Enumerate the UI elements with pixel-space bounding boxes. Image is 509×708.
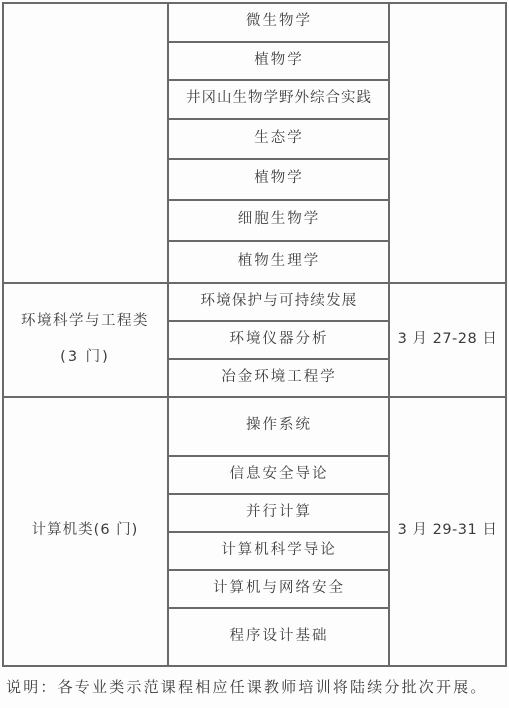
course-name: 环境仪器分析 bbox=[230, 331, 329, 348]
category-name: 环境科学与工程类 bbox=[21, 313, 149, 330]
course-cell: 井冈山生物学野外综合实践 bbox=[169, 80, 389, 118]
table-bottom-border bbox=[2, 665, 507, 667]
course-cell: 程序设计基础 bbox=[169, 608, 389, 665]
training-dates: 3 月 29-31 日 bbox=[398, 522, 498, 539]
course-cell: 微生物学 bbox=[169, 3, 389, 41]
course-cell: 操作系统 bbox=[169, 397, 389, 455]
course-cell: 植物学 bbox=[169, 159, 389, 199]
category-cell: 计算机类(6 门) bbox=[3, 397, 167, 665]
course-name: 冶金环境工程学 bbox=[221, 369, 337, 386]
course-name: 细胞生物学 bbox=[238, 211, 321, 228]
course-name: 生态学 bbox=[254, 130, 304, 147]
course-cell: 冶金环境工程学 bbox=[169, 359, 389, 396]
course-name: 操作系统 bbox=[246, 417, 312, 434]
course-name: 植物生理学 bbox=[238, 253, 321, 270]
training-dates: 3 月 27-28 日 bbox=[398, 331, 498, 348]
course-name: 计算机与网络安全 bbox=[213, 580, 345, 597]
course-cell: 计算机科学导论 bbox=[169, 532, 389, 569]
course-name: 环境保护与可持续发展 bbox=[201, 293, 358, 310]
course-cell: 环境保护与可持续发展 bbox=[169, 283, 389, 320]
document-page: 微生物学 植物学 井冈山生物学野外综合实践 生态学 植物学 细胞生物学 植物生理… bbox=[0, 0, 509, 708]
table-right-border bbox=[505, 2, 507, 666]
course-cell: 植物生理学 bbox=[169, 241, 389, 282]
date-cell: 3 月 29-31 日 bbox=[390, 397, 505, 665]
course-name: 信息安全导论 bbox=[230, 466, 329, 483]
course-cell: 植物学 bbox=[169, 42, 389, 80]
course-name: 计算机科学导论 bbox=[221, 542, 337, 559]
course-cell: 环境仪器分析 bbox=[169, 321, 389, 358]
category-name: 计算机类(6 门) bbox=[32, 522, 139, 539]
course-cell: 计算机与网络安全 bbox=[169, 570, 389, 607]
course-name: 植物学 bbox=[254, 52, 304, 69]
footnote: 说明：各专业类示范课程相应任课教师培训将陆续分批次开展。 bbox=[6, 676, 488, 697]
course-cell: 信息安全导论 bbox=[169, 456, 389, 493]
course-name: 并行计算 bbox=[246, 504, 312, 521]
course-name: 微生物学 bbox=[246, 13, 312, 30]
course-cell: 并行计算 bbox=[169, 494, 389, 531]
category-cell: 环境科学与工程类 (3 门) bbox=[3, 283, 167, 396]
date-cell: 3 月 27-28 日 bbox=[390, 283, 505, 396]
course-name: 植物学 bbox=[254, 170, 304, 187]
category-count: (3 门) bbox=[60, 349, 110, 366]
course-cell: 生态学 bbox=[169, 119, 389, 158]
course-cell: 细胞生物学 bbox=[169, 200, 389, 240]
course-name: 井冈山生物学野外综合实践 bbox=[186, 90, 372, 107]
course-name: 程序设计基础 bbox=[230, 628, 329, 645]
